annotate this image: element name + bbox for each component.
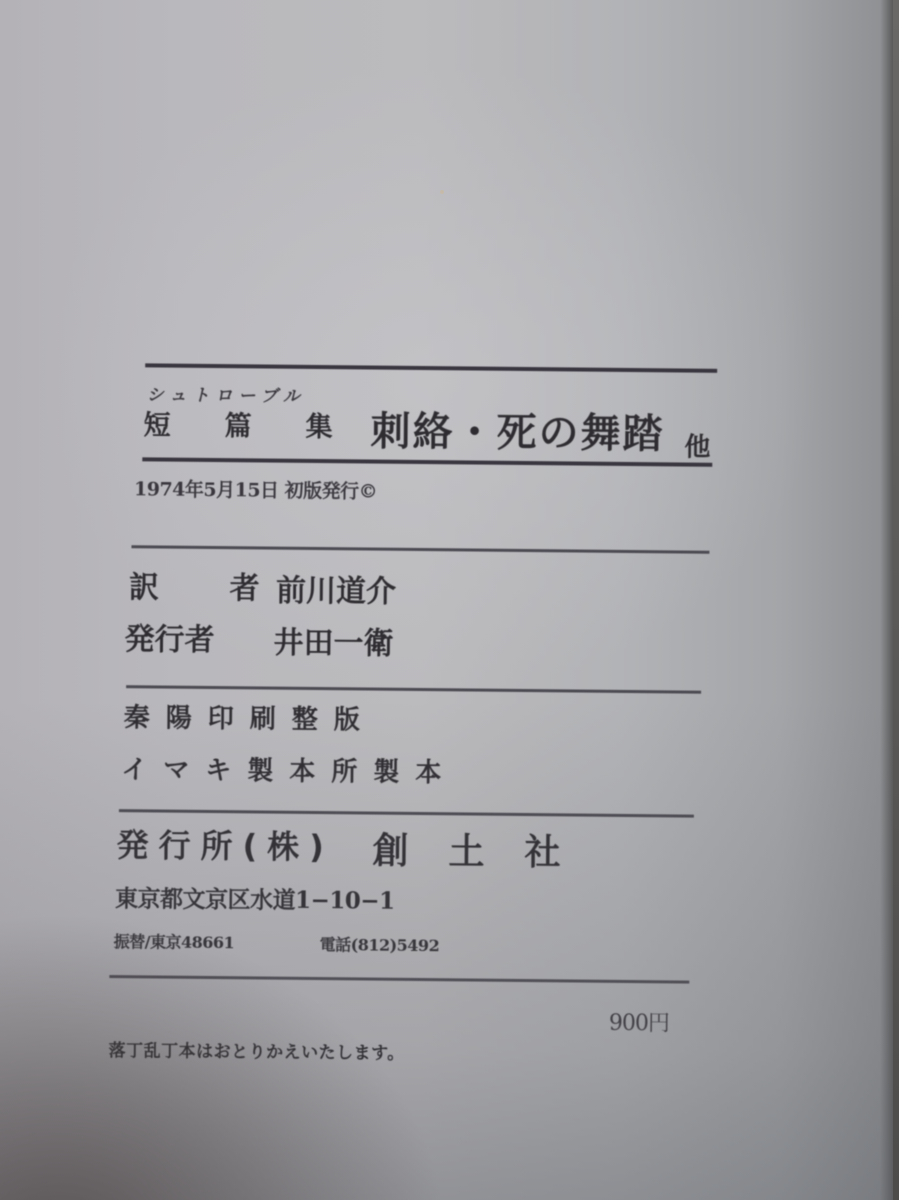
publisher-label: 発行所(株) [116, 829, 334, 863]
price: 900円 [609, 1013, 669, 1036]
series-ruby: シュトローブル [146, 387, 309, 405]
rule-publisher-bottom [109, 975, 689, 984]
publisher-person-role: 発行者 [124, 625, 214, 656]
rule-printing-bottom [119, 809, 694, 818]
rule-credits-bottom [126, 685, 701, 694]
first-edition-date: 1974年5月15日 初版発行© [134, 480, 377, 501]
translator-label: 訳 者 [129, 570, 290, 607]
page-edge [893, 0, 899, 1200]
translator-name: 前川道介 [276, 577, 396, 608]
rule-top [145, 363, 717, 372]
binding-credit: イマキ製本所製本 [121, 757, 457, 786]
book-title: 刺絡・死の舞踏 [370, 412, 664, 455]
replacement-notice: 落丁乱丁本はおとりかえいたします。 [109, 1043, 405, 1063]
publisher-name: 創土社 [372, 834, 600, 872]
translator-role: 訳 者 [129, 573, 290, 605]
rule-credits-top [131, 545, 709, 554]
transfer-account: 振替/東京48661 [114, 934, 235, 951]
genre-label: 短篇集 [143, 412, 386, 441]
colophon: シュトローブル 短篇集 刺絡・死の舞踏 他 1974年5月15日 初版発行© 訳… [0, 0, 899, 1200]
publisher-person-name: 井田一衛 [273, 629, 393, 660]
phone-number: 電話(812)5492 [320, 937, 440, 954]
printing-credit: 秦陽印刷整版 [124, 705, 376, 733]
title-suffix: 他 [684, 435, 710, 461]
rule-under-title [142, 457, 712, 466]
publisher-address: 東京都文京区水道1−10−1 [115, 887, 395, 913]
